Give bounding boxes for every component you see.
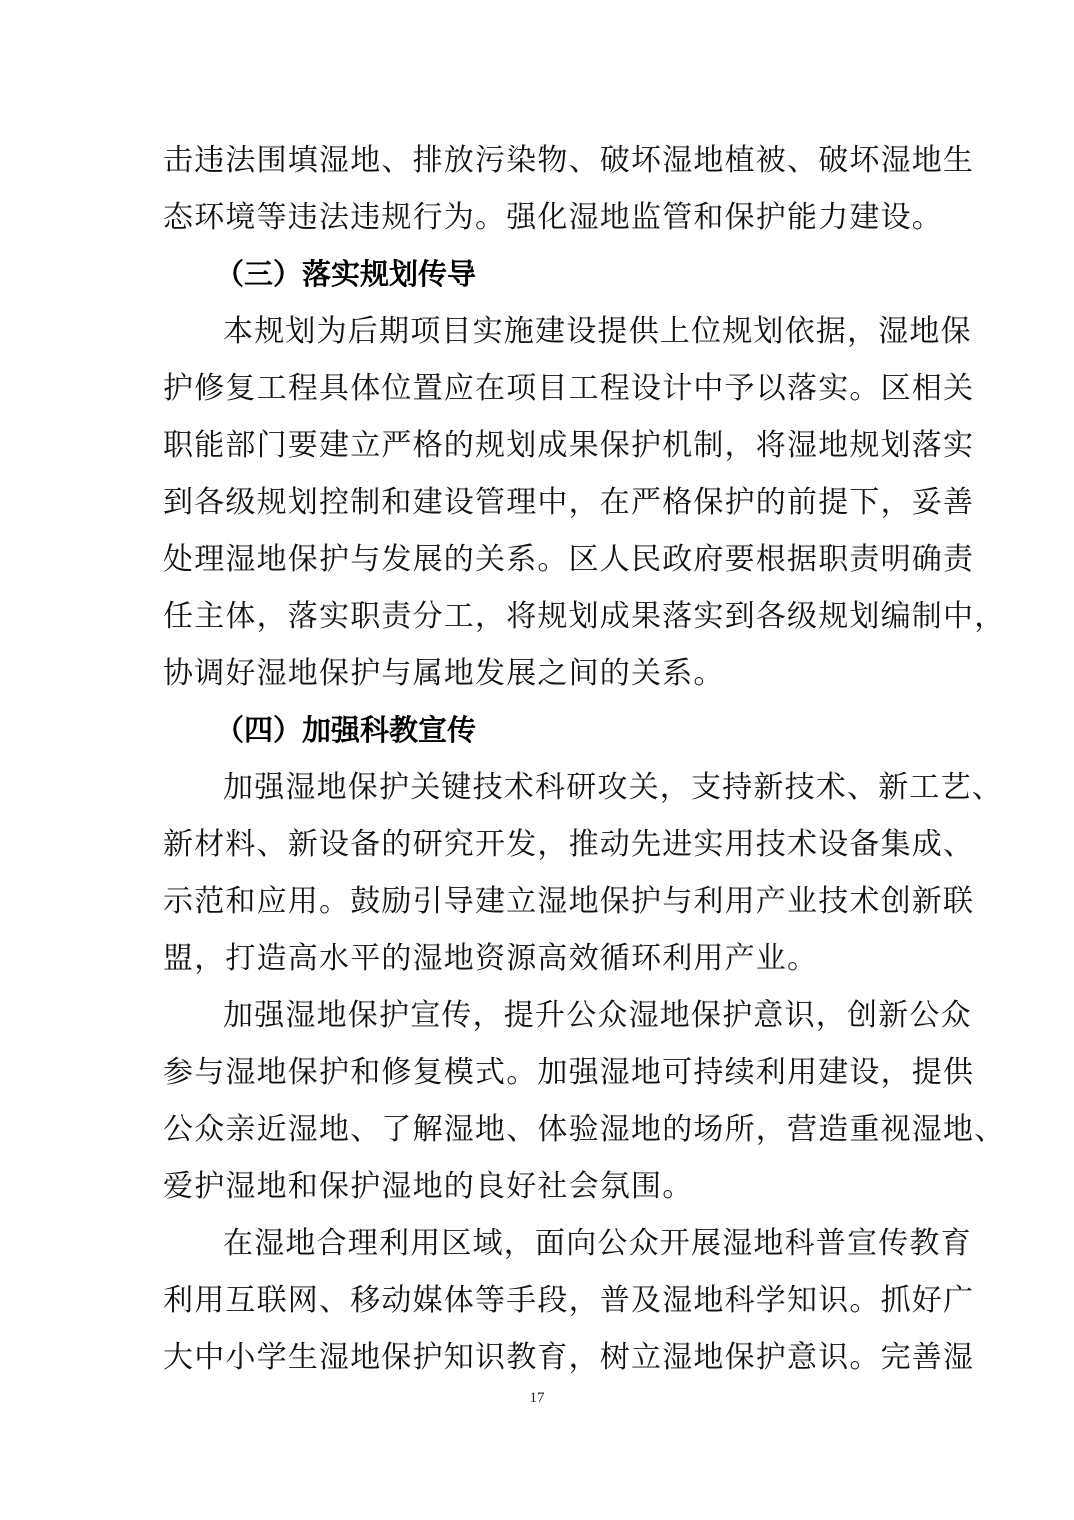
paragraph-research: 加强湿地保护关键技术科研攻关，支持新技术、新工艺、 新材料、新设备的研究开发，推… bbox=[163, 759, 915, 987]
document-page: 击违法围填湿地、排放污染物、破坏湿地植被、破坏湿地生 态环境等违法违规行为。强化… bbox=[0, 0, 1074, 1520]
paragraph-planning-transmission: 本规划为后期项目实施建设提供上位规划依据，湿地保 护修复工程具体位置应在项目工程… bbox=[163, 303, 915, 702]
text-line: 处理湿地保护与发展的关系。区人民政府要根据职责明确责 bbox=[163, 531, 915, 588]
text-line: 任主体，落实职责分工，将规划成果落实到各级规划编制中， bbox=[163, 588, 915, 645]
section-heading-science-education: （四）加强科教宣传 bbox=[163, 702, 915, 759]
text-line: 本规划为后期项目实施建设提供上位规划依据，湿地保 bbox=[163, 303, 915, 360]
text-line: 爱护湿地和保护湿地的良好社会氛围。 bbox=[163, 1158, 915, 1215]
text-line: 在湿地合理利用区域，面向公众开展湿地科普宣传教育 bbox=[163, 1215, 915, 1272]
page-number: 17 bbox=[0, 1390, 1074, 1407]
text-line: 大中小学生湿地保护知识教育，树立湿地保护意识。完善湿 bbox=[163, 1329, 915, 1386]
text-line: 利用互联网、移动媒体等手段，普及湿地科学知识。抓好广 bbox=[163, 1272, 915, 1329]
text-line: 态环境等违法违规行为。强化湿地监管和保护能力建设。 bbox=[163, 189, 915, 246]
paragraph-science-popularization: 在湿地合理利用区域，面向公众开展湿地科普宣传教育 利用互联网、移动媒体等手段，普… bbox=[163, 1215, 915, 1386]
text-line: 公众亲近湿地、了解湿地、体验湿地的场所，营造重视湿地、 bbox=[163, 1101, 915, 1158]
text-line: 加强湿地保护关键技术科研攻关，支持新技术、新工艺、 bbox=[163, 759, 915, 816]
text-line: 加强湿地保护宣传，提升公众湿地保护意识，创新公众 bbox=[163, 987, 915, 1044]
text-line: 盟，打造高水平的湿地资源高效循环利用产业。 bbox=[163, 930, 915, 987]
text-line: 职能部门要建立严格的规划成果保护机制，将湿地规划落实 bbox=[163, 417, 915, 474]
section-heading-implement-planning: （三）落实规划传导 bbox=[163, 246, 915, 303]
text-line: 击违法围填湿地、排放污染物、破坏湿地植被、破坏湿地生 bbox=[163, 132, 915, 189]
text-line: 协调好湿地保护与属地发展之间的关系。 bbox=[163, 645, 915, 702]
text-line: 护修复工程具体位置应在项目工程设计中予以落实。区相关 bbox=[163, 360, 915, 417]
text-line: 新材料、新设备的研究开发，推动先进实用技术设备集成、 bbox=[163, 816, 915, 873]
paragraph-publicity: 加强湿地保护宣传，提升公众湿地保护意识，创新公众 参与湿地保护和修复模式。加强湿… bbox=[163, 987, 915, 1215]
text-line: 示范和应用。鼓励引导建立湿地保护与利用产业技术创新联 bbox=[163, 873, 915, 930]
text-line: 参与湿地保护和修复模式。加强湿地可持续利用建设，提供 bbox=[163, 1044, 915, 1101]
text-line: 到各级规划控制和建设管理中，在严格保护的前提下，妥善 bbox=[163, 474, 915, 531]
page-body: 击违法围填湿地、排放污染物、破坏湿地植被、破坏湿地生 态环境等违法违规行为。强化… bbox=[163, 132, 915, 1386]
paragraph-enforcement: 击违法围填湿地、排放污染物、破坏湿地植被、破坏湿地生 态环境等违法违规行为。强化… bbox=[163, 132, 915, 246]
